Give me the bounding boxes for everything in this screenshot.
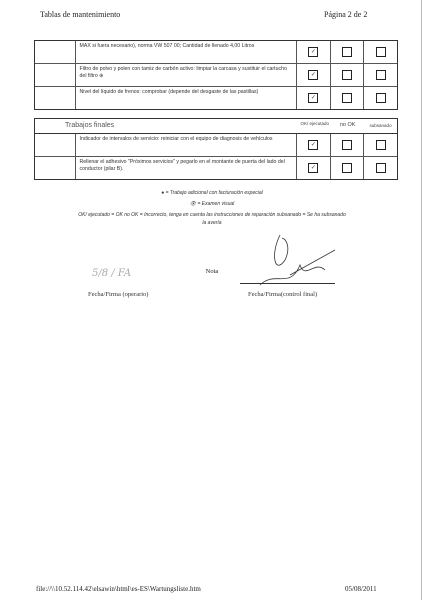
section-title: Trabajos finales: [35, 119, 298, 133]
checkbox-ok[interactable]: ✓: [308, 140, 318, 150]
maintenance-table-1: MAX si fuera necesario), norma VW 507 00…: [34, 40, 398, 110]
checkbox-fixed[interactable]: [376, 47, 386, 57]
note-label: Nota: [0, 268, 424, 275]
signature-line: [240, 283, 335, 284]
scan-edge: [421, 0, 422, 600]
table-row: Indicador de intervalos de servicio: rei…: [35, 134, 397, 156]
file-path: file://\\10.52.114.42\elsawin\html\es-ES…: [36, 585, 201, 593]
task-text: Rellenar el adhesivo "Próximos servicios…: [76, 157, 298, 179]
legend-visual-exam: 👁 = Examen visual: [0, 201, 424, 207]
checkbox-fixed[interactable]: [376, 93, 386, 103]
task-text: Indicador de intervalos de servicio: rei…: [76, 134, 298, 156]
checkbox-fixed[interactable]: [376, 70, 386, 80]
task-text: Nivel del líquido de frenos: comprobar (…: [76, 87, 298, 109]
legend-status-cont: la avería: [0, 220, 424, 226]
task-text: MAX si fuera necesario), norma VW 507 00…: [76, 41, 298, 63]
checkbox-not-ok[interactable]: [342, 163, 352, 173]
checkbox-ok[interactable]: ✓: [308, 47, 318, 57]
col-header-fixed: subsanado: [364, 119, 397, 133]
final-works-table: Trabajos finales OK/ ejecutado no OK sub…: [34, 118, 398, 180]
control-signature-label: Fecha/Firma(control final): [248, 291, 317, 298]
signature-scribble-icon: [240, 230, 350, 295]
table-row: Nivel del líquido de frenos: comprobar (…: [35, 86, 397, 109]
checkbox-ok[interactable]: ✓: [308, 93, 318, 103]
task-text: Filtro de polvo y polen con tamiz de car…: [76, 64, 298, 86]
col-header-not-ok: no OK: [331, 119, 364, 133]
legend-extra-work: ● = Trabajo adicional con facturación es…: [0, 190, 424, 196]
print-date: 05/08/2011: [345, 585, 377, 593]
checkbox-fixed[interactable]: [376, 140, 386, 150]
operator-handwriting: 5/8 / FA: [92, 268, 131, 279]
table-row: MAX si fuera necesario), norma VW 507 00…: [35, 41, 397, 63]
checkbox-fixed[interactable]: [376, 163, 386, 173]
checkbox-not-ok[interactable]: [342, 140, 352, 150]
table-row: Filtro de polvo y polen con tamiz de car…: [35, 63, 397, 86]
checkbox-not-ok[interactable]: [342, 93, 352, 103]
page-number: Página 2 de 2: [324, 10, 367, 19]
table-row: Rellenar el adhesivo "Próximos servicios…: [35, 156, 397, 179]
checkbox-ok[interactable]: ✓: [308, 70, 318, 80]
checkbox-not-ok[interactable]: [342, 47, 352, 57]
checkbox-not-ok[interactable]: [342, 70, 352, 80]
document-title: Tablas de mantenimiento: [40, 10, 120, 19]
operator-signature-label: Fecha/Firma (operario): [88, 291, 148, 298]
col-header-ok: OK/ ejecutado: [298, 119, 331, 133]
checkbox-ok[interactable]: ✓: [308, 163, 318, 173]
legend-status: OK/ ejecutado = OK no OK = Incorrecto, t…: [0, 212, 424, 218]
